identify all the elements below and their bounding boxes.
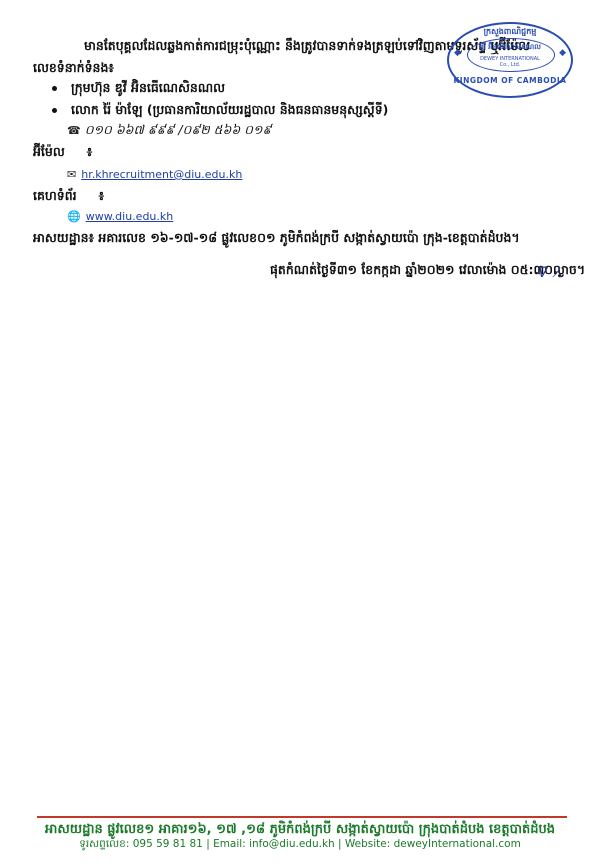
email-row: ✉hr.khrecruitment@diu.edu.kh — [67, 168, 242, 181]
stamp-top-text: ក្រសួងពាណិជ្ជកម្ម — [449, 26, 571, 38]
phone-numbers: ☎០១០ ៦៦៧ ៩៩៩ /០៩២ ៥៦៦ ០១៩ — [67, 122, 271, 141]
email-label: អ៊ីម៉ែល៖ — [33, 144, 92, 163]
address-text: អាសយដ្ឋាន៖ អគារលេខ ១៦-១៧-១៨ ផ្លូវលេខ០១ ភ… — [33, 230, 520, 249]
company-stamp: ក្រសួងពាណិជ្ជកម្ម ◆ ◆ ឌូវី អ៊ិនធើណេសិនណល… — [447, 22, 573, 98]
bullet-icon — [52, 86, 57, 91]
stamp-suffix: Co., Ltd. — [449, 62, 571, 68]
globe-icon: 🌐 — [67, 210, 81, 223]
website-label: គេហទំព័រ៖ — [33, 188, 104, 207]
envelope-icon: ✉ — [67, 168, 76, 181]
stamp-khmer-name: ឌូវី អ៊ិនធើណេសិនណល — [449, 43, 571, 53]
signature: ᐁ ﾉ. — [538, 262, 563, 282]
contact-label: លេខទំនាក់ទំនង៖ — [33, 60, 114, 79]
contact-item: ក្រុមហ៊ុន ឌូវី អ៊ិនធើណេសិនណល — [52, 80, 225, 99]
website-link[interactable]: www.diu.edu.kh — [86, 210, 174, 223]
footer-contact: ទូរសព្ទលេខ: 095 59 81 81 | Email: info@d… — [0, 838, 600, 853]
bullet-icon — [52, 108, 57, 113]
phone-icon: ☎ — [67, 124, 81, 137]
stamp-country: KINGDOM OF CAMBODIA — [449, 76, 571, 85]
contact-item: លោក រ៉ៃ ម៉ាឡែ (ប្រធានការិយាល័យរដ្ឋបាល និ… — [52, 102, 388, 121]
email-link[interactable]: hr.khrecruitment@diu.edu.kh — [81, 168, 242, 181]
footer-divider — [37, 816, 567, 818]
website-row: 🌐www.diu.edu.kh — [67, 210, 173, 223]
